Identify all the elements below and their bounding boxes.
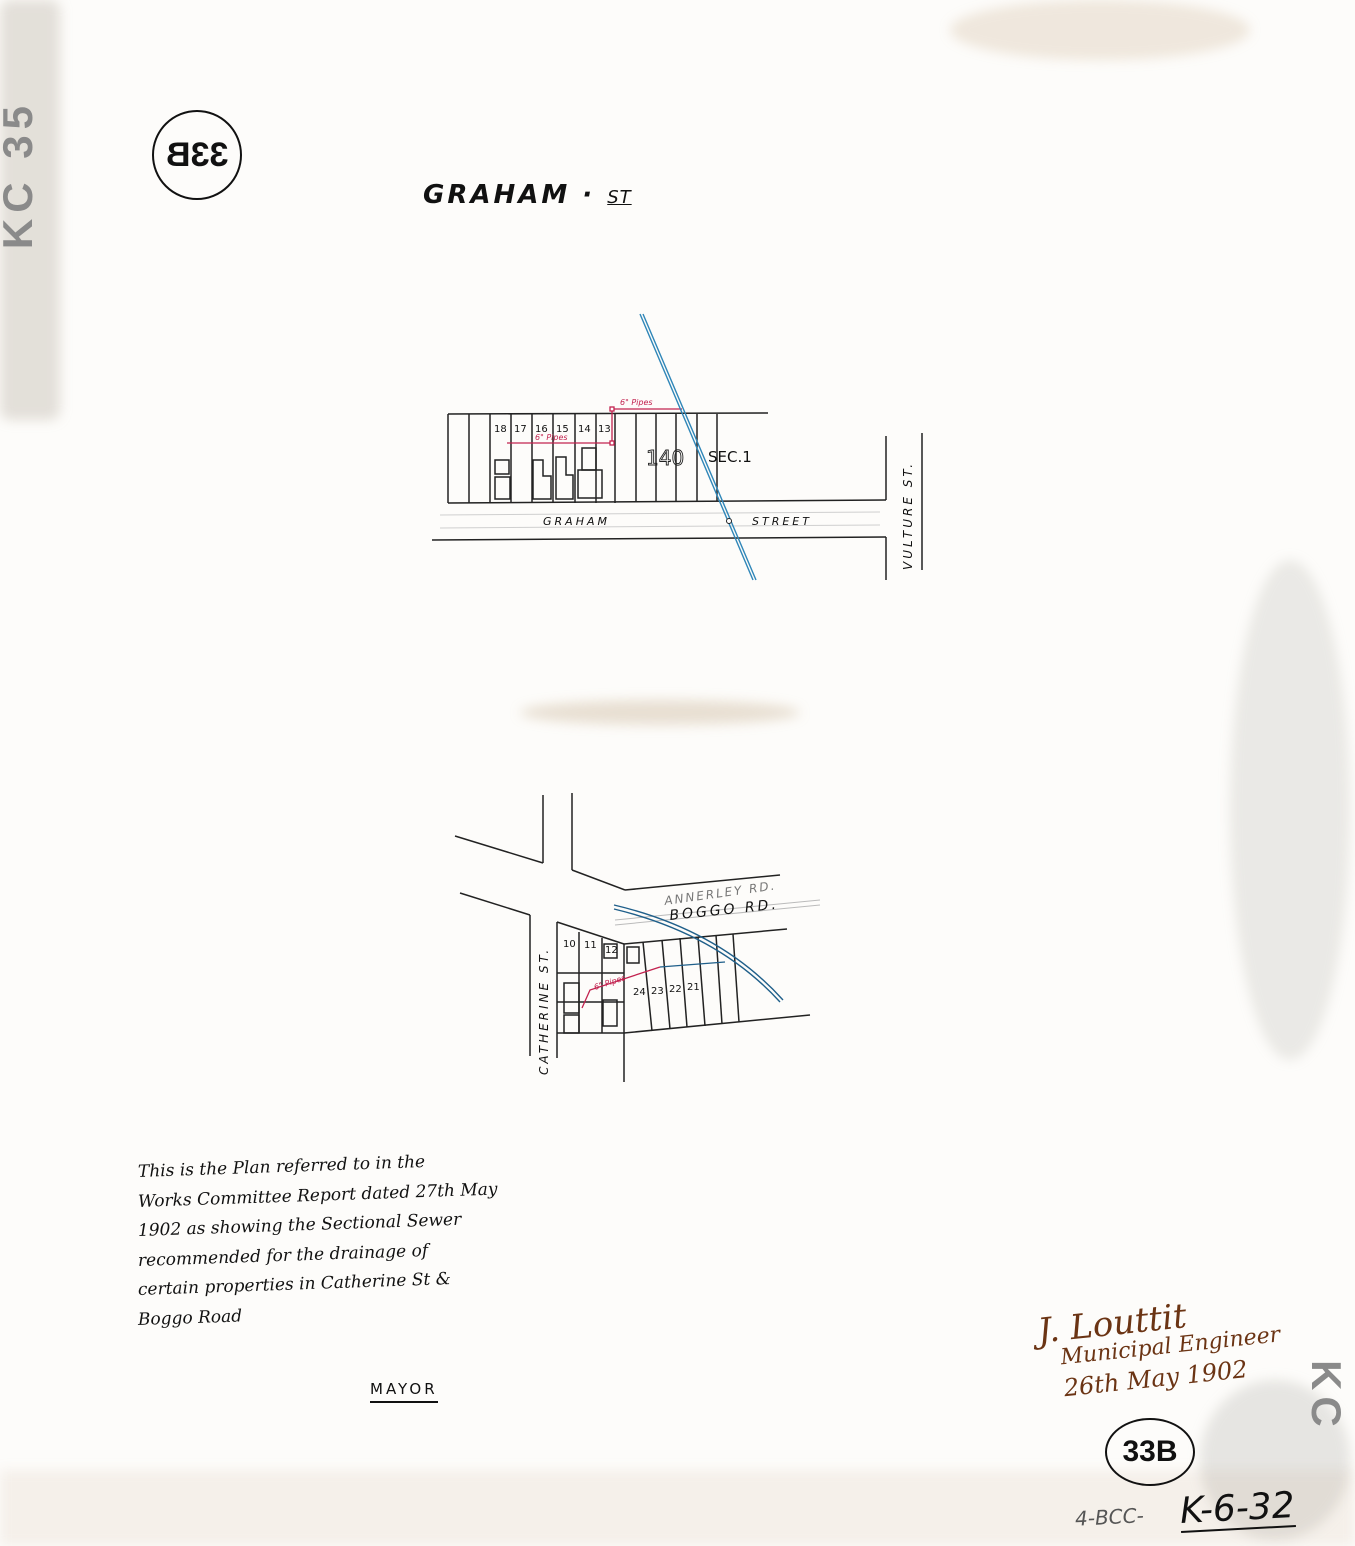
street-label-catherine: CATHERINE ST. (537, 947, 551, 1075)
lot-23: 23 (651, 986, 664, 997)
lot-22: 22 (669, 984, 682, 995)
reference-prefix: 4-BCC- (1074, 1503, 1144, 1531)
lot-11: 11 (584, 940, 597, 951)
pipe-label-lower-map: 6" Pipes (593, 973, 627, 992)
lot-10: 10 (563, 939, 576, 950)
lot-24: 24 (633, 987, 646, 998)
paper-sheet: KC 35 KC 33B GRAHAM · ST (0, 0, 1355, 1546)
mayor-signature-line: MAYOR (370, 1380, 438, 1403)
lot-12: 12 (605, 945, 618, 956)
stamp-33b-bottom: 33B (1105, 1418, 1195, 1486)
reference-code: K-6-32 (1179, 1487, 1296, 1533)
plan-note: This is the Plan referred to in the Work… (138, 1158, 528, 1335)
lot-21: 21 (687, 982, 700, 993)
